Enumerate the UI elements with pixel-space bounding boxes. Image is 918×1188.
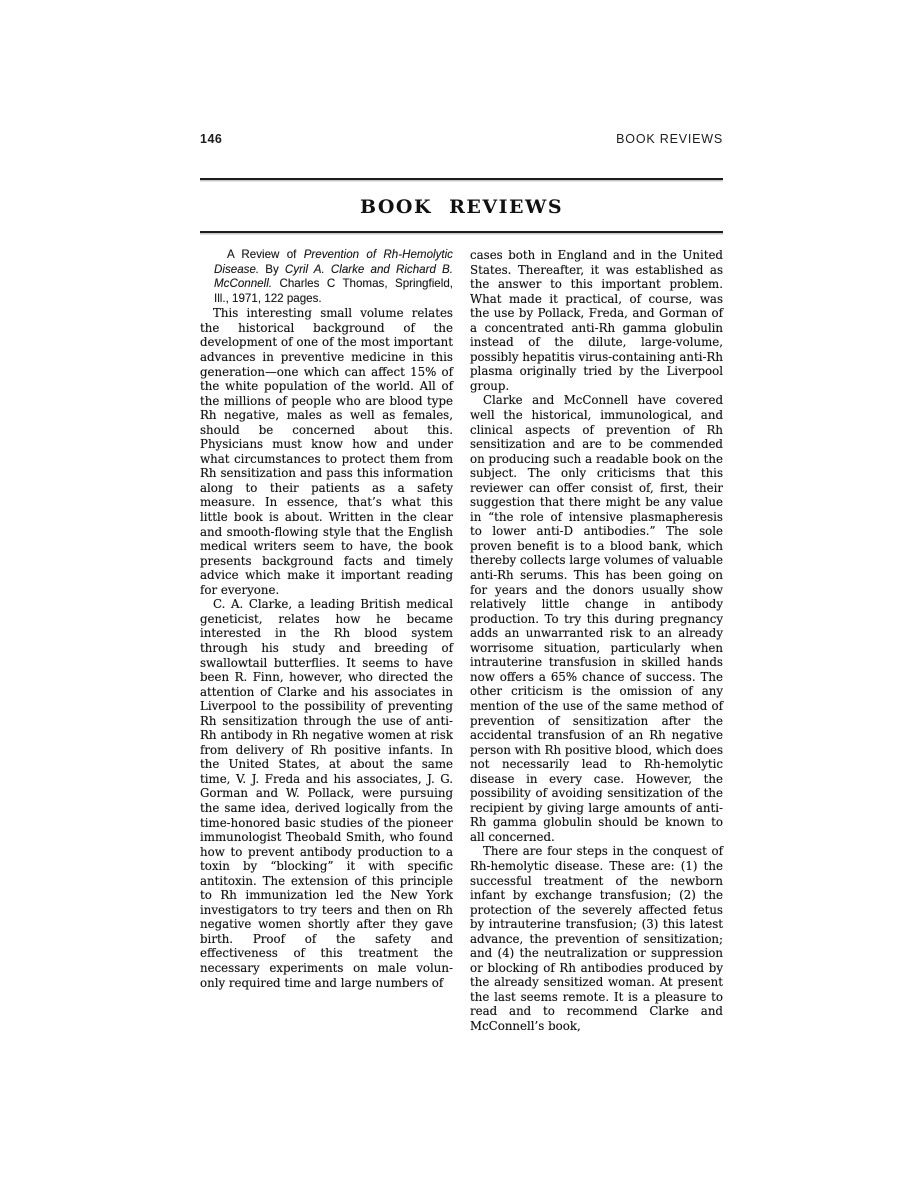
right-column: cases both in England and in the United … [470, 248, 723, 1034]
top-rule [200, 178, 723, 180]
paragraph-right-2: Clarke and McConnell have covered well t… [470, 393, 723, 844]
text-columns: A Review of Prevention of Rh-Hemolytic D… [200, 248, 723, 1034]
review-citation: A Review of Prevention of Rh-Hemolytic D… [200, 248, 453, 306]
left-column: A Review of Prevention of Rh-Hemolytic D… [200, 248, 453, 1034]
bottom-rule [200, 231, 723, 233]
page-number: 146 [200, 132, 222, 146]
citation-prefix: A Review of [227, 248, 304, 261]
running-header: BOOK REVIEWS [616, 132, 723, 146]
page-content: 146 BOOK REVIEWS BOOK REVIEWS A Review o… [200, 132, 723, 1034]
document-page: 146 BOOK REVIEWS BOOK REVIEWS A Review o… [0, 0, 918, 1188]
page-header: 146 BOOK REVIEWS [200, 132, 723, 147]
paragraph-left-2: C. A. Clarke, a leading British medical … [200, 597, 453, 990]
paragraph-left-1: This interesting small volume relates th… [200, 306, 453, 597]
paragraph-right-1: cases both in England and in the United … [470, 248, 723, 393]
section-title: BOOK REVIEWS [200, 196, 723, 218]
paragraph-right-3: There are four steps in the conquest of … [470, 844, 723, 1033]
citation-by: By [259, 263, 285, 276]
